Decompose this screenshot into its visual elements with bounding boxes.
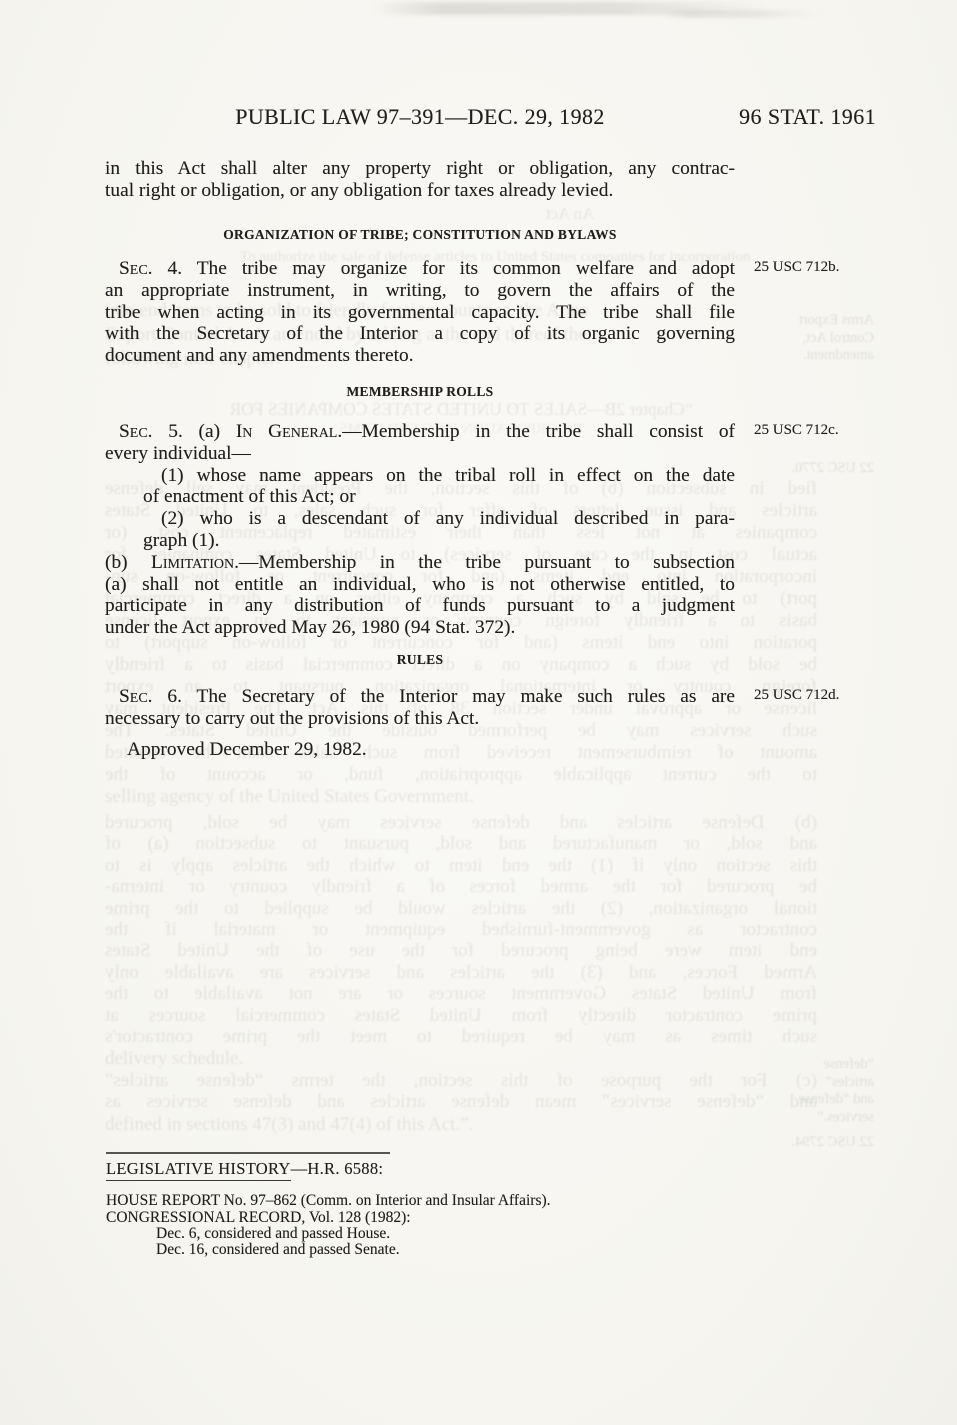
record-date-line: Dec. 6, considered and passed House.: [156, 1226, 400, 1242]
legislative-history-bill-number: —H.R. 6588:: [291, 1159, 384, 1178]
statute-page: An Act To authorize the sale of defense …: [0, 0, 957, 1425]
approval-line-wrap: Approved December 29, 1982.: [105, 739, 735, 761]
record-dates: Dec. 6, considered and passed House.Dec.…: [156, 1226, 400, 1258]
bleedthrough-margin-note: Arms ExportControl Act,amendment.: [748, 312, 874, 365]
running-head-law-citation: PUBLIC LAW 97–391—DEC. 29, 1982: [105, 104, 735, 130]
bleedthrough-line: delivery schedule.: [105, 1048, 243, 1070]
text-line: document and any amendments thereto.: [105, 345, 735, 367]
text-segment: (b): [105, 552, 151, 573]
text-line: participate in any distribution of funds…: [105, 595, 735, 617]
heading-rules: RULES: [105, 652, 735, 668]
heading-membership-rolls: MEMBERSHIP ROLLS: [105, 384, 735, 400]
margin-note-usc-712d: 25 USC 712d.: [754, 686, 884, 704]
text-line: (a) shall not entitle an individual, who…: [105, 574, 735, 596]
text-line: under the Act approved May 26, 1980 (94 …: [105, 617, 735, 639]
bleedthrough-chapter-heading: “Chapter 2B—SALES TO UNITED STATES COMPA…: [125, 399, 797, 420]
house-report-line: HOUSE REPORT No. 97–862 (Comm. on Interi…: [106, 1192, 551, 1210]
text-segment: The Secretary of the Interior may make s…: [182, 686, 735, 707]
section-6-paragraph: Sec. 6. The Secretary of the Interior ma…: [105, 686, 735, 730]
bleedthrough-text-block: (c) For the purpose of this section, the…: [105, 1070, 817, 1113]
text-line: in this Act shall alter any property rig…: [105, 158, 735, 180]
bleedthrough-margin-note: 22 USC 2794.: [748, 1134, 874, 1152]
text-line: (1) whose name appears on the tribal rol…: [105, 465, 735, 487]
text-segment: —Membership in the tribe pursuant to sub…: [239, 552, 735, 573]
text-line: an appropriate instrument, in writing, t…: [105, 280, 735, 302]
scan-smudge-top: [370, 2, 770, 15]
text-line: every individual—: [105, 443, 735, 465]
text-line: of enactment of this Act; or: [105, 486, 735, 508]
section-5-paragraph: Sec. 5. (a) In General.—Membership in th…: [105, 421, 735, 639]
legislative-history-title-underlined: LEGISLATIVE HISTORY: [106, 1159, 291, 1181]
margin-note-usc-712b: 25 USC 712b.: [754, 258, 884, 276]
section-number: Sec. 5.: [119, 421, 183, 442]
bleedthrough-line: defined in sections 47(3) and 47(4) of t…: [105, 1114, 473, 1136]
bleedthrough-margin-note: 22 USC 2770.: [748, 460, 874, 478]
text-line: (b) Limitation.—Membership in the tribe …: [105, 552, 735, 574]
bleedthrough-text-block: (b) Defense articles and defense service…: [105, 812, 817, 1047]
section-4-paragraph: Sec. 4. The tribe may organize for its c…: [105, 258, 735, 367]
bleedthrough-an-act: An Act: [470, 204, 670, 224]
text-line: necessary to carry out the provisions of…: [105, 708, 735, 730]
margin-note-usc-712c: 25 USC 712c.: [754, 421, 884, 439]
intro-paragraph: in this Act shall alter any property rig…: [105, 158, 735, 202]
subsection-heading: In General.: [236, 421, 342, 442]
text-line: tribe when acting in its governmental ca…: [105, 302, 735, 324]
text-line: (2) who is a descendant of any individua…: [105, 508, 735, 530]
legislative-history-title: LEGISLATIVE HISTORY—H.R. 6588:: [106, 1159, 383, 1181]
subsection-heading: Limitation.: [151, 552, 239, 573]
text-line: graph (1).: [105, 530, 735, 552]
legislative-history-rule: [106, 1152, 390, 1154]
heading-organization: ORGANIZATION OF TRIBE; CONSTITUTION AND …: [105, 227, 735, 243]
record-date-line: Dec. 16, considered and passed Senate.: [156, 1242, 400, 1258]
text-segment: The tribe may organize for its common we…: [182, 258, 735, 279]
bleedthrough-margin-note: “defensearticles”and “defenseservices.”: [748, 1056, 874, 1126]
running-head-stat-page: 96 STAT. 1961: [700, 104, 876, 130]
text-line: tual right or obligation, or any obligat…: [105, 180, 735, 202]
approval-line: Approved December 29, 1982.: [105, 739, 735, 761]
text-line: with the Secretary of the Interior a cop…: [105, 323, 735, 345]
section-number: Sec. 4.: [119, 258, 182, 279]
scan-smudge-top-right: [660, 10, 820, 18]
text-line: Sec. 6. The Secretary of the Interior ma…: [105, 686, 735, 708]
text-line: Sec. 5. (a) In General.—Membership in th…: [105, 421, 735, 443]
text-segment: (a): [183, 421, 236, 442]
section-number: Sec. 6.: [119, 686, 182, 707]
bleedthrough-line: selling agency of the United States Gove…: [105, 786, 474, 808]
text-line: Sec. 4. The tribe may organize for its c…: [105, 258, 735, 280]
text-segment: —Membership in the tribe shall consist o…: [342, 421, 735, 442]
